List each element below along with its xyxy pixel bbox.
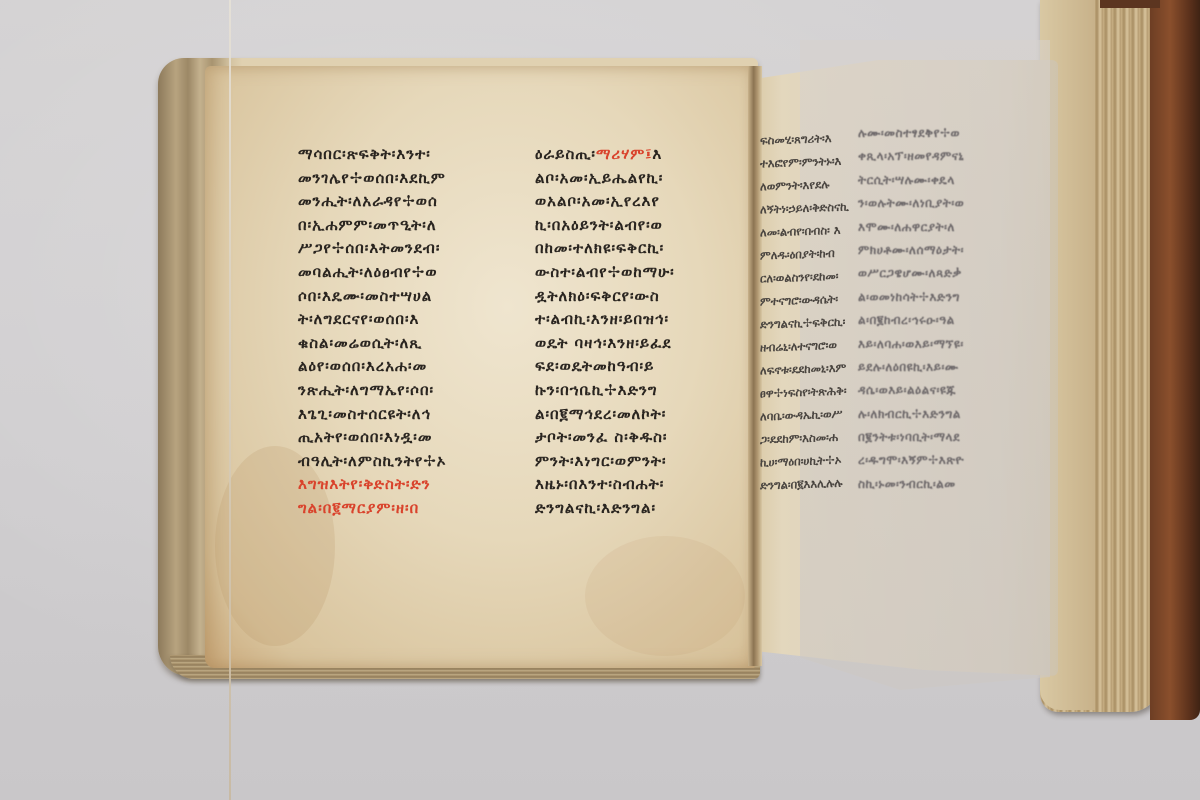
manuscript-text-line: ል፡ወመነከሳት✢እድንግ [858,286,964,309]
manuscript-text-line: እይ፡ለባሐ፡ወእይ፡ማኘዩ፡ [858,333,964,356]
manuscript-text-line: ለፍኖቱ፡ደደከመኒ፡እም [760,356,849,382]
manuscript-text-line: ውስተ፡ልብየ✢ወከማሁ፡ [535,261,675,285]
manuscript-text-line: ቀጺላ፡አፕ፡ዘመየዳምናኒ [858,145,964,168]
manuscript-text-line: ስኪ፡ኑመ፡ንብርኪ፡ልመ [858,473,964,496]
manuscript-text-line: ምለዱ፡ዕበያት፡ከብ [760,241,849,267]
text-segment: ወአልቦ፡አመ፡ኢየረእየ [535,192,660,210]
manuscript-text-line: እጌጊ፡መስተሰርዩት፡ለኅ [298,403,447,427]
leather-cover [1150,0,1200,720]
text-segment: ል፡በ፪ማኅደረ፡መለኮት፡ [535,405,666,423]
manuscript-text-line: መንገሌየ✢ወሰበ፡እደኪም [298,167,447,191]
manuscript-text-line: ንጽሒት፡ለግማኤየ፡ሶበ፡ [298,379,447,403]
mounting-string [229,0,231,800]
manuscript-text-line: ለወምንት፡እየደሉ [760,172,849,198]
manuscript-text-line: ን፡ወሉትሙ፡ለነቢያት፡ወ [858,192,964,215]
manuscript-text-line: ኩን፡በኀቤኪ✢እድንግ [535,379,675,403]
text-segment: እዜኑ፡በእንተ፡ስብሐት፡ [535,475,664,493]
manuscript-text-line: ድንግል፡በ፪እእሊሉሉ [760,471,849,497]
manuscript-text-line: ትርሲት፡ሣሉሙ፡ቀዴላ [858,169,964,192]
manuscript-text-line: ተእፎየም፡ምንትኑ፡እ [760,149,849,175]
manuscript-text-line: ፀዋ✢ነፍስየ፡ትጽሕቅ፡ [760,379,849,405]
text-segment: ምንት፡እነግር፡ወምንት፡ [535,452,667,470]
manuscript-text-line: ል፡በ፪ከብረ፡ኅሩዑ፡ዓል [858,309,964,332]
manuscript-text-line: ጋ፡ደደከም፡እስመ፡ሐ [760,425,849,451]
manuscript-text-line: በ፡ኢሐምም፡መጥዒት፡ለ [298,214,447,238]
manuscript-text-line: መንሒት፡ለአራዳየ✢ወሰ [298,190,447,214]
manuscript-text-line: ግል፡በ፪ማርያም፡ዘ፡በ [298,497,447,521]
manuscript-text-line: ዘብሬኒ፡ለተናግሮ፡ወ [760,333,849,359]
manuscript-text-line: ዳሴ፡ወእይ፡ልዕልና፡ዩጁ [858,379,964,402]
manuscript-text-line: ሥጋየ✢ሰበ፡እትመንደብ፡ [298,237,447,261]
text-segment: ዷትለክዕ፡ፍቅርየ፡ውስ [535,287,660,305]
leather-cover-top [1100,0,1160,8]
parchment-stain [585,536,745,656]
manuscript-text-line: ማሳበር፡ጽፍቅት፡እንተ፡ [298,143,447,167]
text-segment: እ [652,145,662,163]
manuscript-text-line: ኪሀ፡ማዕበ፡ሀኪት✢ኦ [760,448,849,474]
manuscript-text-line: ታቦት፡መንፈ ስ፡ቅዱስ፡ [535,426,675,450]
manuscript-text-line: ተ፡ልብኪ፡እንዘ፡ይበዝኅ፡ [535,308,675,332]
manuscript-text-line: ወሥርጋዌሆሙ፡ለጻድቃ [858,262,964,285]
manuscript-text-line: ሉ፡ለክብርኪ✢እድንግል [858,403,964,426]
text-segment: ፍደ፡ወዴትመከዓብ፡ይ [535,357,654,375]
manuscript-text-line: ልዕየ፡ወሰበ፡እረአሐ፡መ [298,355,447,379]
text-segment: ልቦ፡አመ፡ኢይሔልየኪ፡ [535,169,663,187]
manuscript-text-line: ዕራይስጢ፡ማሪሃም፤እ [535,143,675,167]
right-page-column-1: ፍስመሂ፡ጸግሪት፡እተእፎየም፡ምንትኑ፡እለወምንት፡እየደሉለኝትነ፡ኃይ… [760,126,849,497]
manuscript-text-line: ድንግልናኪ✢ፍቅርኪ፡ [760,310,849,336]
manuscript-text-line: ምክሀቶሙ፡ለሰማዕታት፡ [858,239,964,262]
manuscript-text-line: ወዴት ባዛኅ፡እንዘ፡ይፈደ [535,332,675,356]
text-segment: ኪ፡በአዕይንት፡ልብየ፡ወ [535,216,663,234]
manuscript-text-line: ለኝትነ፡ኃይለ፡ቅድስናኪ [760,195,849,221]
manuscript-text-line: ምተናግሮ፡ውዳሴት፡ [760,287,849,313]
manuscript-text-line: ረ፡ዱግሞ፡እኝም✢እጽዮ [858,449,964,472]
manuscript-text-line: ዷትለክዕ፡ፍቅርየ፡ውስ [535,285,675,309]
manuscript-text-line: መባልሒት፡ለዕፀብየ✢ወ [298,261,447,285]
manuscript-photo: ማሳበር፡ጽፍቅት፡እንተ፡መንገሌየ✢ወሰበ፡እደኪምመንሒት፡ለአራዳየ✢ወ… [0,0,1200,800]
text-segment: ታቦት፡መንፈ ስ፡ቅዱስ፡ [535,428,667,446]
manuscript-text-line: ቁስል፡መሬወሲት፡ለጺ [298,332,447,356]
left-page-column-2: ዕራይስጢ፡ማሪሃም፤እልቦ፡አመ፡ኢይሔልየኪ፡ወአልቦ፡አመ፡ኢየረእየኪ፡… [535,143,675,521]
left-page-column-1: ማሳበር፡ጽፍቅት፡እንተ፡መንገሌየ✢ወሰበ፡እደኪምመንሒት፡ለአራዳየ✢ወ… [298,143,447,521]
manuscript-text-line: ሉሙ፡መስተፃደቅየ✢ወ [858,122,964,145]
text-segment: ኩን፡በኀቤኪ✢እድንግ [535,381,658,399]
manuscript-text-line: ድንግልናኪ፡እድንግል፡ [535,497,675,521]
manuscript-text-line: ወአልቦ፡አመ፡ኢየረእየ [535,190,675,214]
text-segment: በከመ፡ተለክዩ፡ፍቅርኪ፡ [535,239,664,257]
manuscript-text-line: ለመ፡ልብየ፡በብስ፡ እ [760,218,849,244]
manuscript-text-line: ት፡ለግደርናየ፡ወሰበ፡እ [298,308,447,332]
text-segment: ድንግልናኪ፡እድንግል፡ [535,499,656,517]
manuscript-text-line: ጢአትየ፡ወሰበ፡እነዷ፡መ [298,426,447,450]
manuscript-text-line: ል፡በ፪ማኅደረ፡መለኮት፡ [535,403,675,427]
manuscript-text-line: ፍደ፡ወዴትመከዓብ፡ይ [535,355,675,379]
manuscript-text-line: እሞሙ፡ለሐዋርያት፡ለ [858,216,964,239]
text-segment: ወዴት ባዛኅ፡እንዘ፡ይፈደ [535,334,672,352]
manuscript-text-line: ልቦ፡አመ፡ኢይሔልየኪ፡ [535,167,675,191]
text-segment: ውስተ፡ልብየ✢ወከማሁ፡ [535,263,675,281]
manuscript-text-line: ሶበ፡እዴሙ፡መስተሣሀል [298,285,447,309]
text-segment: ዕራይስጢ፡ [535,145,596,163]
manuscript-text-line: ፍስመሂ፡ጸግሪት፡እ [760,126,849,152]
manuscript-text-line: ብዓሊት፡ለምስኪንትየ✢ኦ [298,450,447,474]
manuscript-text-line: ይደሉ፡ለዕበዩኪ፡እይ፡ሙ [858,356,964,379]
manuscript-text-line: በ፪ንትቱ፡ነባቢት፡ማላደ [858,426,964,449]
manuscript-text-line: ለባቤ፡ውዳኤኪ፡ወሥ [760,402,849,428]
manuscript-text-line: እግዝእትየ፡ቅድስት፡ድን [298,473,447,497]
manuscript-text-line: ኪ፡በአዕይንት፡ልብየ፡ወ [535,214,675,238]
manuscript-text-line: ርለ፡ወልስንየ፡ደከመ፡ [760,264,849,290]
text-segment: ተ፡ልብኪ፡እንዘ፡ይበዝኅ፡ [535,310,669,328]
rubric-text: ማሪሃም፤ [596,145,652,163]
right-page-column-2: ሉሙ፡መስተፃደቅየ✢ወቀጺላ፡አፕ፡ዘመየዳምናኒትርሲት፡ሣሉሙ፡ቀዴላን፡… [858,122,964,496]
manuscript-text-line: እዜኑ፡በእንተ፡ስብሐት፡ [535,473,675,497]
manuscript-text-line: ምንት፡እነግር፡ወምንት፡ [535,450,675,474]
manuscript-text-line: በከመ፡ተለክዩ፡ፍቅርኪ፡ [535,237,675,261]
